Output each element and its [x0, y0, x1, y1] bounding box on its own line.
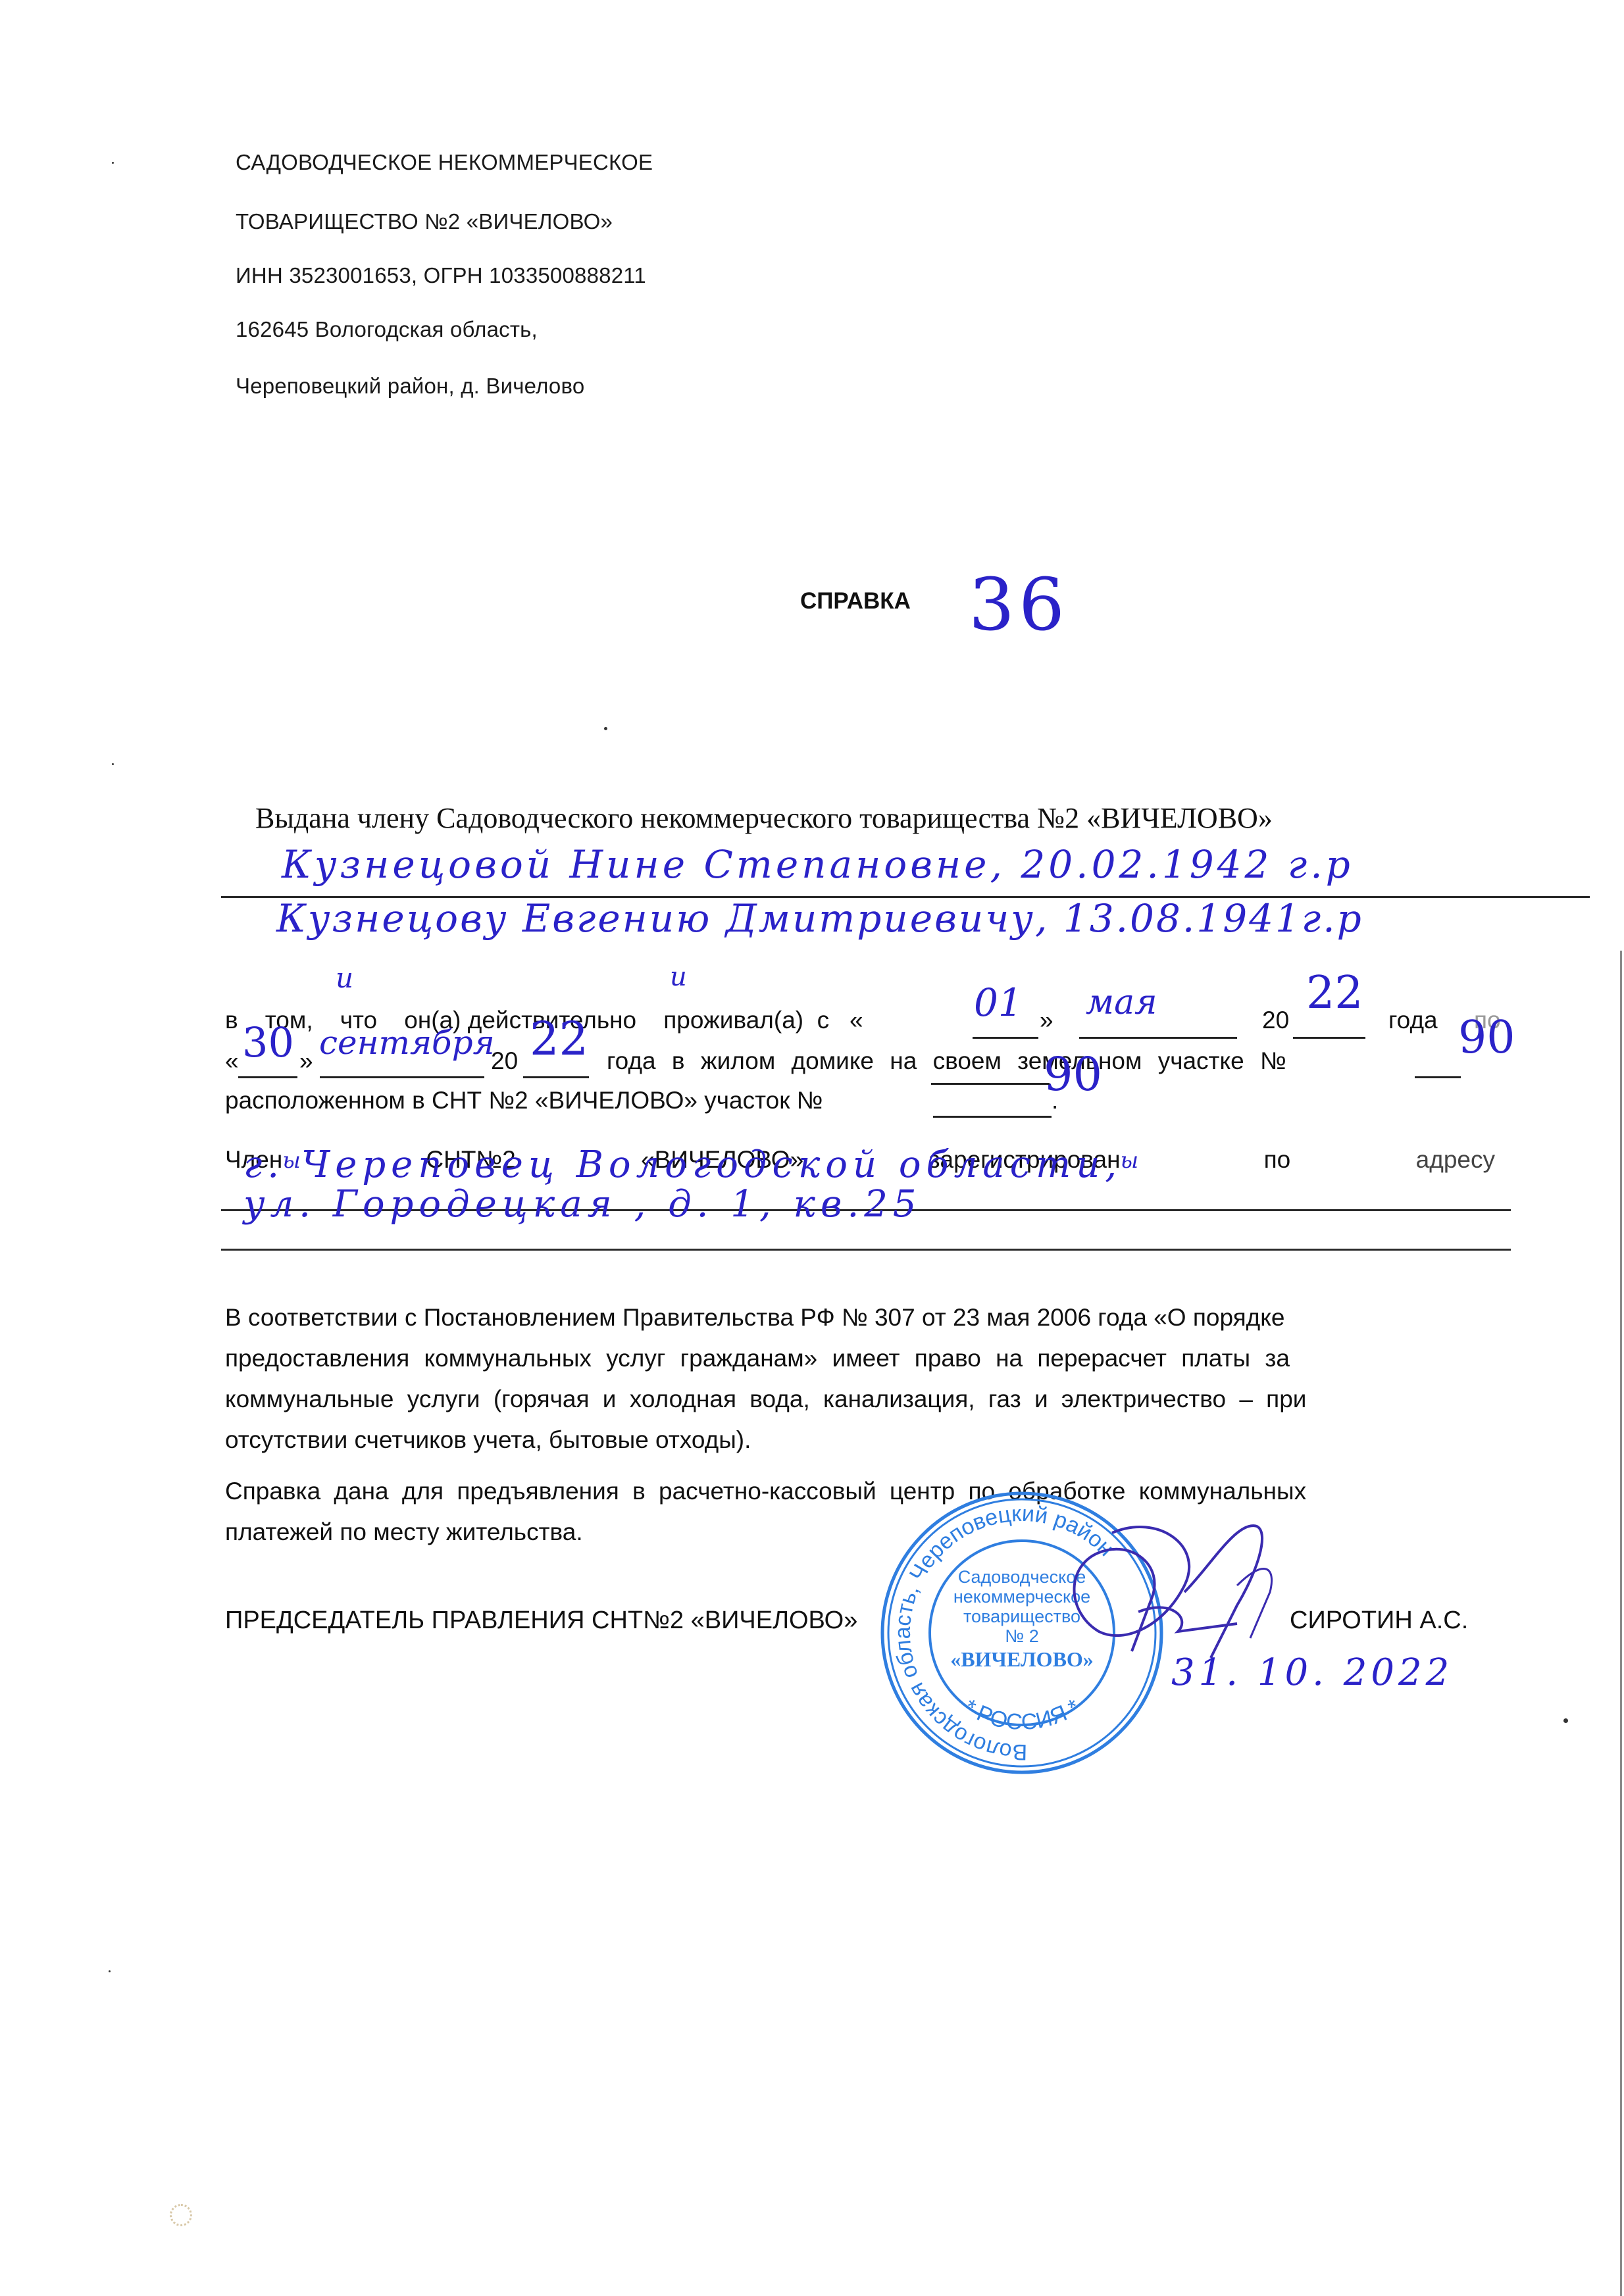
plot-number-1-handwritten: 90: [1458, 1012, 1515, 1064]
quote-open-2: «: [225, 1047, 239, 1075]
plot-number-2-line-lower: [933, 1116, 1052, 1118]
line3-end: .: [1052, 1087, 1058, 1114]
signature-date-handwritten: 31. 10. 2022: [1171, 1651, 1453, 1694]
org-address-line1: 162645 Вологодская область,: [236, 317, 538, 342]
org-name-line1: САДОВОДЧЕСКОЕ НЕКОММЕРЧЕСКОЕ: [236, 150, 653, 175]
to-year-line: [523, 1076, 589, 1078]
registration-address-line1-handwritten: г. Череповец Вологодской области,: [243, 1143, 1122, 1186]
chairman-name: СИРОТИН А.С.: [1290, 1607, 1468, 1635]
document-title: СПРАВКА: [800, 588, 911, 614]
legal-paragraph-1: В соответствии с Постановлением Правител…: [225, 1297, 1594, 1460]
suffix-on-handwritten: и: [336, 962, 353, 994]
goda-label: года: [1388, 1007, 1438, 1034]
scan-speck: [112, 162, 114, 164]
scan-stain: [170, 2204, 192, 2226]
scan-speck: [604, 727, 607, 730]
to-month-handwritten: сентября: [319, 1024, 495, 1062]
year-prefix-2: 20: [491, 1047, 518, 1075]
address-fill-line-2: [221, 1249, 1511, 1251]
registration-address-line2-handwritten: ул. Городецкая , д. 1, кв.25: [243, 1183, 922, 1226]
suffix-lived-handwritten: и: [670, 962, 687, 992]
from-month-handwritten: мая: [1086, 983, 1157, 1022]
from-month-line: [1079, 1037, 1237, 1039]
org-ids: ИНН 3523001653, ОГРН 1033500888211: [236, 263, 646, 288]
quote-close: »: [1040, 1007, 1053, 1034]
plot-number-2-line: [931, 1083, 1050, 1085]
chairman-position: ПРЕДСЕДАТЕЛЬ ПРАВЛЕНИЯ СНТ№2 «ВИЧЕЛОВО»: [225, 1607, 857, 1635]
person2-handwritten: Кузнецову Евгению Дмитриевичу, 13.08.194…: [276, 896, 1363, 941]
residence-line3-prefix: расположенном в СНТ №2 «ВИЧЕЛОВО» участо…: [225, 1087, 823, 1114]
from-day-line: [973, 1037, 1038, 1039]
to-day-handwritten: 30: [242, 1018, 294, 1066]
person1-handwritten: Кузнецовой Нине Степановне, 20.02.1942 г…: [282, 842, 1354, 887]
residence-line2-rest: года в жилом домике на своем земельном у…: [607, 1047, 1286, 1075]
plot-number-1-line: [1415, 1076, 1461, 1078]
scan-speck: [1563, 1718, 1568, 1723]
from-year-handwritten: 22: [1306, 967, 1363, 1019]
org-address-line2: Череповецкий район, д. Вичелово: [236, 374, 584, 399]
to-day-line: [238, 1076, 297, 1078]
year-prefix-1: 20: [1262, 1007, 1289, 1034]
page-edge-line: [1620, 951, 1622, 2296]
to-month-line: [320, 1076, 484, 1078]
issued-to-intro: Выдана члену Садоводческого некоммерческ…: [255, 801, 1273, 835]
scan-speck: [109, 1970, 111, 1972]
certificate-number: 36: [969, 562, 1069, 647]
from-year-line: [1293, 1037, 1365, 1039]
to-year-handwritten: 22: [530, 1012, 588, 1066]
org-name-line2: ТОВАРИЩЕСТВО №2 «ВИЧЕЛОВО»: [236, 209, 613, 234]
scan-speck: [112, 763, 114, 765]
quote-close-2: »: [299, 1047, 313, 1075]
from-day-handwritten: 01: [974, 980, 1023, 1025]
